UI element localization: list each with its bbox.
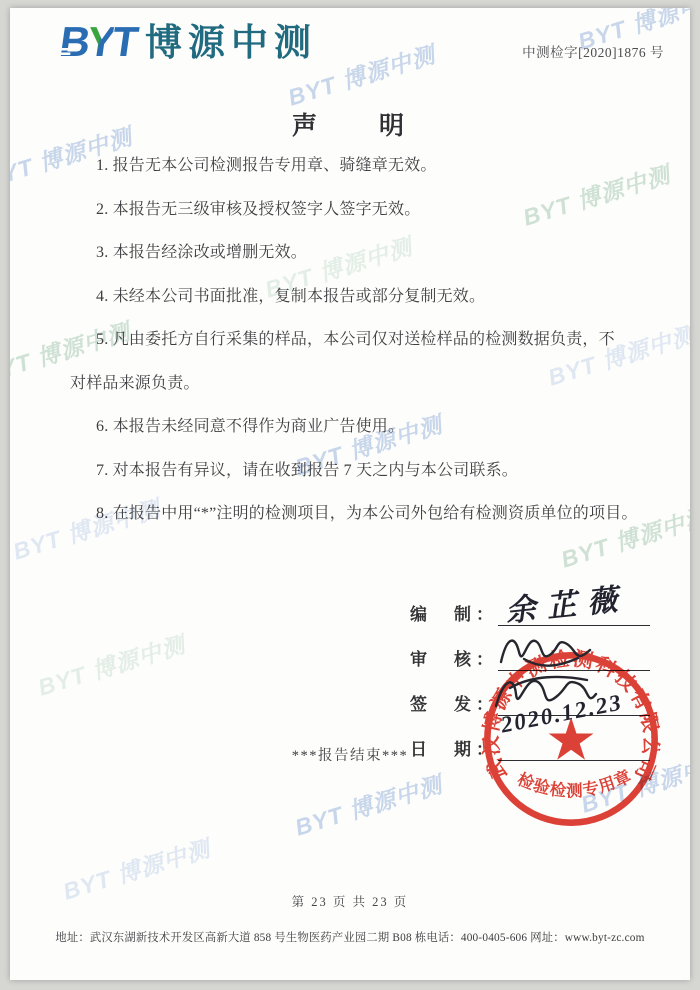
company-stamp: 武汉博源中测检测科技有限公司 ★ 检验检测专用章 xyxy=(477,645,665,833)
scan-background: BYT 博源中测 BYT 博源中测 BYT 博源中测 BYT 博源中测 BYT … xyxy=(0,0,700,990)
logo-letter-t: T xyxy=(109,18,138,65)
byt-logo: BYT博源中测 xyxy=(60,20,317,66)
watermark: BYT 博源中测 xyxy=(34,626,189,702)
statement-item-1: 1. 报告无本公司检测报告专用章、骑缝章无效。 xyxy=(70,144,650,188)
logo-stripes-decor xyxy=(59,46,72,59)
statement-item-4: 4. 未经本公司书面批准，复制本报告或部分复制无效。 xyxy=(70,275,650,319)
statement-item-8: 8. 在报告中用“*”注明的检测项目，为本公司外包给有检测资质单位的项目。 xyxy=(70,492,650,536)
byt-logo-letters: BYT xyxy=(57,20,138,64)
logo-company-name: 博源中测 xyxy=(145,20,317,66)
statement-item-7: 7. 对本报告有异议，请在收到报告 7 天之内与本公司联系。 xyxy=(70,449,650,493)
statement-item-2: 2. 本报告无三级审核及授权签字人签字无效。 xyxy=(70,188,650,232)
prepared-by-label: 编 制： xyxy=(410,600,498,626)
statement-item-6: 6. 本报告未经同意不得作为商业广告使用。 xyxy=(70,405,650,449)
footer-address: 地址：武汉东湖新技术开发区高新大道 858 号生物医药产业园二期 B08 栋电话… xyxy=(10,929,690,945)
statement-item-5: 5. 凡由委托方自行采集的样品，本公司仅对送检样品的检测数据负责，不 对样品来源… xyxy=(70,318,650,405)
page-title: 声 明 xyxy=(10,106,690,142)
page-number: 第 23 页 共 23 页 xyxy=(10,892,690,910)
statement-list: 1. 报告无本公司检测报告专用章、骑缝章无效。 2. 本报告无三级审核及授权签字… xyxy=(70,144,650,536)
stamp-star-icon: ★ xyxy=(545,708,597,773)
watermark: BYT 博源中测 xyxy=(291,766,446,842)
prepared-by-row: 编 制： xyxy=(410,598,650,626)
document-page: BYT 博源中测 BYT 博源中测 BYT 博源中测 BYT 博源中测 BYT … xyxy=(10,8,690,980)
document-number: 中测检字[2020]1876 号 xyxy=(522,41,664,61)
statement-item-3: 3. 本报告经涂改或增删无效。 xyxy=(70,231,650,275)
prepared-by-signature-line xyxy=(498,597,650,626)
